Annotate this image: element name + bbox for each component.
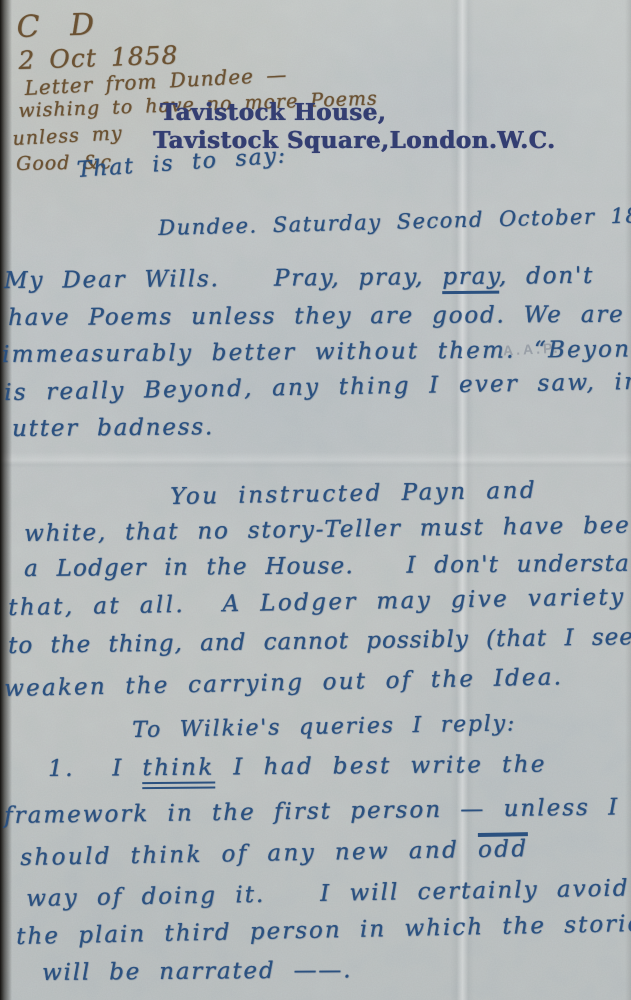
body-line-8: a Lodger in the House. I don't understan… [24, 550, 631, 582]
body-line-17: the plain third person in which the stor… [16, 911, 631, 950]
scan-edge-right [625, 0, 631, 1000]
body-line-10: to the thing, and cannot possibly (that … [8, 624, 631, 659]
letterhead-line-1: Tavistock House, [160, 99, 386, 126]
scan-edge-left [0, 0, 12, 1000]
body-line-16: way of doing it. I will certainly avoid [26, 875, 630, 912]
double-underlined-word: think [142, 755, 214, 790]
fold-crease-horizontal [0, 452, 631, 468]
annotation-initials: C D [16, 7, 103, 45]
body-line-5: utter badness. [12, 414, 214, 442]
letter-scan: C D 2 Oct 1858 Letter from Dundee — wish… [0, 0, 631, 1000]
body-text: My Dear Wills. Pray, pray, [4, 264, 442, 294]
body-text: should think of any new and [20, 837, 478, 871]
body-line-11: weaken the carrying out of the Idea. [4, 664, 563, 702]
body-line-9: that, at all. A Lodger may give variety [8, 584, 626, 621]
body-line-2: have Poems unless they are good. We are [8, 302, 625, 331]
overlined-word: odd [478, 832, 529, 863]
body-dateline: Dundee. Saturday Second October 1858. [158, 202, 631, 240]
body-line-13: 1. I think I had best write the [48, 752, 547, 782]
body-text: I had best write the [215, 752, 547, 781]
underlined-word: pray [442, 264, 499, 294]
annotation-note-3: unless my [12, 122, 123, 150]
body-line-4: is really Beyond, any thing I ever saw, … [4, 369, 631, 406]
body-text: 1. I [48, 755, 143, 782]
body-line-3: immeasurably better without them. “Beyon… [2, 336, 631, 368]
body-line-7: white, that no story-Teller must have be… [24, 512, 631, 547]
body-line-18: will be narrated ——. [42, 957, 352, 986]
body-line-14: framework in the first person — unless I [4, 794, 619, 829]
body-text: , don't [499, 263, 594, 290]
body-line-6: You instructed Payn and [170, 478, 537, 510]
body-line-1: My Dear Wills. Pray, pray, pray, don't [4, 263, 594, 294]
